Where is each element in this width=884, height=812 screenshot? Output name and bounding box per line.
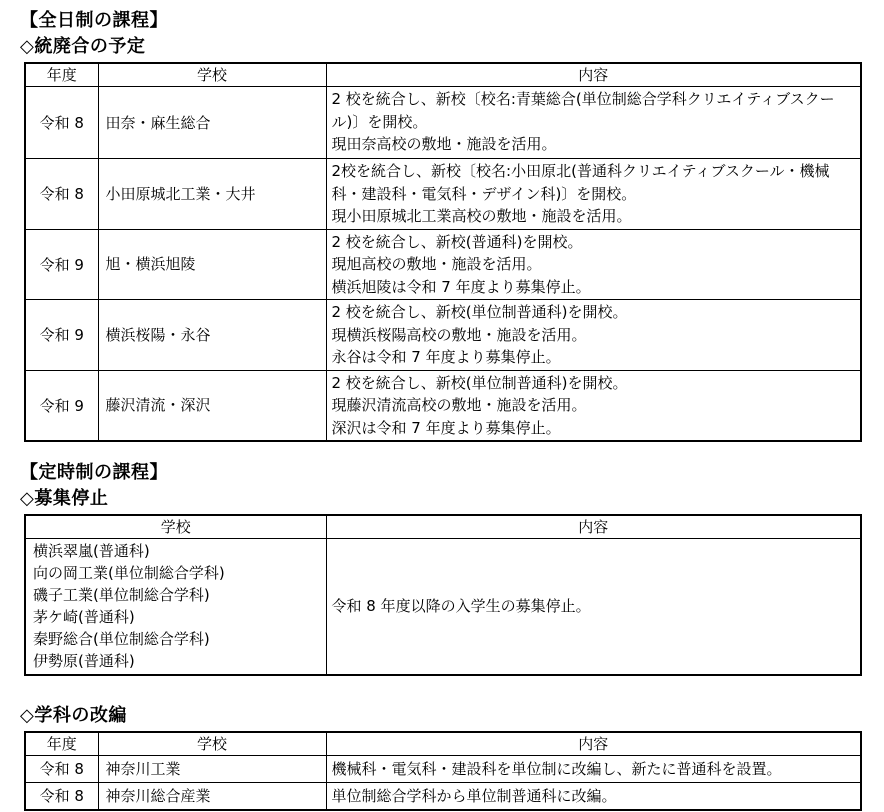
- content-cell: 2校を統合し、新校〔校名:小田原北(普通科クリエイティブスクール・機械科・建設科…: [326, 159, 861, 230]
- school-cell: 神奈川総合産業: [98, 783, 326, 811]
- content-cell: 2 校を統合し、新校〔校名:青葉総合(単位制総合学科クリエイティブスクール)〕を…: [326, 87, 861, 159]
- table-row: 令和 9 藤沢清流・深沢 2 校を統合し、新校(単位制普通科)を開校。 現藤沢清…: [25, 370, 861, 441]
- header-content: 内容: [326, 63, 861, 87]
- header-content: 内容: [326, 515, 861, 539]
- content-cell: 単位制総合学科から単位制普通科に改編。: [326, 783, 861, 811]
- school-cell: 旭・横浜旭陵: [98, 229, 326, 300]
- content-cell: 2 校を統合し、新校(普通科)を開校。 現旭高校の敷地・施設を活用。 横浜旭陵は…: [326, 229, 861, 300]
- table-row: 令和 8 神奈川総合産業 単位制総合学科から単位制普通科に改編。: [25, 783, 861, 811]
- section-fulltime: 【全日制の課程】 ◇統廃合の予定 年度 学校 内容 令和 8 田奈・麻生総合 2…: [20, 8, 860, 442]
- year-cell: 令和 8: [25, 87, 98, 159]
- school-cell: 神奈川工業: [98, 756, 326, 783]
- year-cell: 令和 8: [25, 159, 98, 230]
- recruitment-header-row: 学校 内容: [25, 515, 861, 539]
- header-school: 学校: [25, 515, 326, 539]
- content-cell: 機械科・電気科・建設科を単位制に改編し、新たに普通科を設置。: [326, 756, 861, 783]
- year-cell: 令和 8: [25, 756, 98, 783]
- school-cell: 田奈・麻生総合: [98, 87, 326, 159]
- content-cell: 令和 8 年度以降の入学生の募集停止。: [326, 539, 861, 676]
- recruitment-stop-subtitle: ◇募集停止: [20, 486, 860, 512]
- school-cell: 小田原城北工業・大井: [98, 159, 326, 230]
- section-reorg: ◇学科の改編 年度 学校 内容 令和 8 神奈川工業 機械科・電気科・建設科を単…: [20, 703, 860, 811]
- table-row: 横浜翠嵐(普通科) 向の岡工業(単位制総合学科) 磯子工業(単位制総合学科) 茅…: [25, 539, 861, 676]
- fulltime-section-title: 【全日制の課程】: [20, 8, 860, 34]
- header-content: 内容: [326, 732, 861, 756]
- consolidation-subtitle: ◇統廃合の予定: [20, 34, 860, 60]
- year-cell: 令和 9: [25, 370, 98, 441]
- table-row: 令和 8 小田原城北工業・大井 2校を統合し、新校〔校名:小田原北(普通科クリエ…: [25, 159, 861, 230]
- table-row: 令和 8 神奈川工業 機械科・電気科・建設科を単位制に改編し、新たに普通科を設置…: [25, 756, 861, 783]
- parttime-section-title: 【定時制の課程】: [20, 460, 860, 486]
- reorg-subtitle: ◇学科の改編: [20, 703, 860, 729]
- reorg-table: 年度 学校 内容 令和 8 神奈川工業 機械科・電気科・建設科を単位制に改編し、…: [24, 731, 862, 811]
- table-row: 令和 8 田奈・麻生総合 2 校を統合し、新校〔校名:青葉総合(単位制総合学科ク…: [25, 87, 861, 159]
- section-parttime: 【定時制の課程】 ◇募集停止 学校 内容 横浜翠嵐(普通科) 向の岡工業(単位制…: [20, 460, 860, 676]
- table-row: 令和 9 横浜桜陽・永谷 2 校を統合し、新校(単位制普通科)を開校。 現横浜桜…: [25, 300, 861, 371]
- header-school: 学校: [98, 732, 326, 756]
- content-cell: 2 校を統合し、新校(単位制普通科)を開校。 現藤沢清流高校の敷地・施設を活用。…: [326, 370, 861, 441]
- content-cell: 2 校を統合し、新校(単位制普通科)を開校。 現横浜桜陽高校の敷地・施設を活用。…: [326, 300, 861, 371]
- reorg-header-row: 年度 学校 内容: [25, 732, 861, 756]
- header-school: 学校: [98, 63, 326, 87]
- consolidation-table: 年度 学校 内容 令和 8 田奈・麻生総合 2 校を統合し、新校〔校名:青葉総合…: [24, 62, 862, 442]
- recruitment-stop-table: 学校 内容 横浜翠嵐(普通科) 向の岡工業(単位制総合学科) 磯子工業(単位制総…: [24, 514, 862, 676]
- header-year: 年度: [25, 63, 98, 87]
- year-cell: 令和 9: [25, 300, 98, 371]
- header-year: 年度: [25, 732, 98, 756]
- school-list-cell: 横浜翠嵐(普通科) 向の岡工業(単位制総合学科) 磯子工業(単位制総合学科) 茅…: [25, 539, 326, 676]
- year-cell: 令和 9: [25, 229, 98, 300]
- document-page: 【全日制の課程】 ◇統廃合の予定 年度 学校 内容 令和 8 田奈・麻生総合 2…: [0, 0, 884, 811]
- year-cell: 令和 8: [25, 783, 98, 811]
- consolidation-header-row: 年度 学校 内容: [25, 63, 861, 87]
- school-cell: 藤沢清流・深沢: [98, 370, 326, 441]
- school-cell: 横浜桜陽・永谷: [98, 300, 326, 371]
- table-row: 令和 9 旭・横浜旭陵 2 校を統合し、新校(普通科)を開校。 現旭高校の敷地・…: [25, 229, 861, 300]
